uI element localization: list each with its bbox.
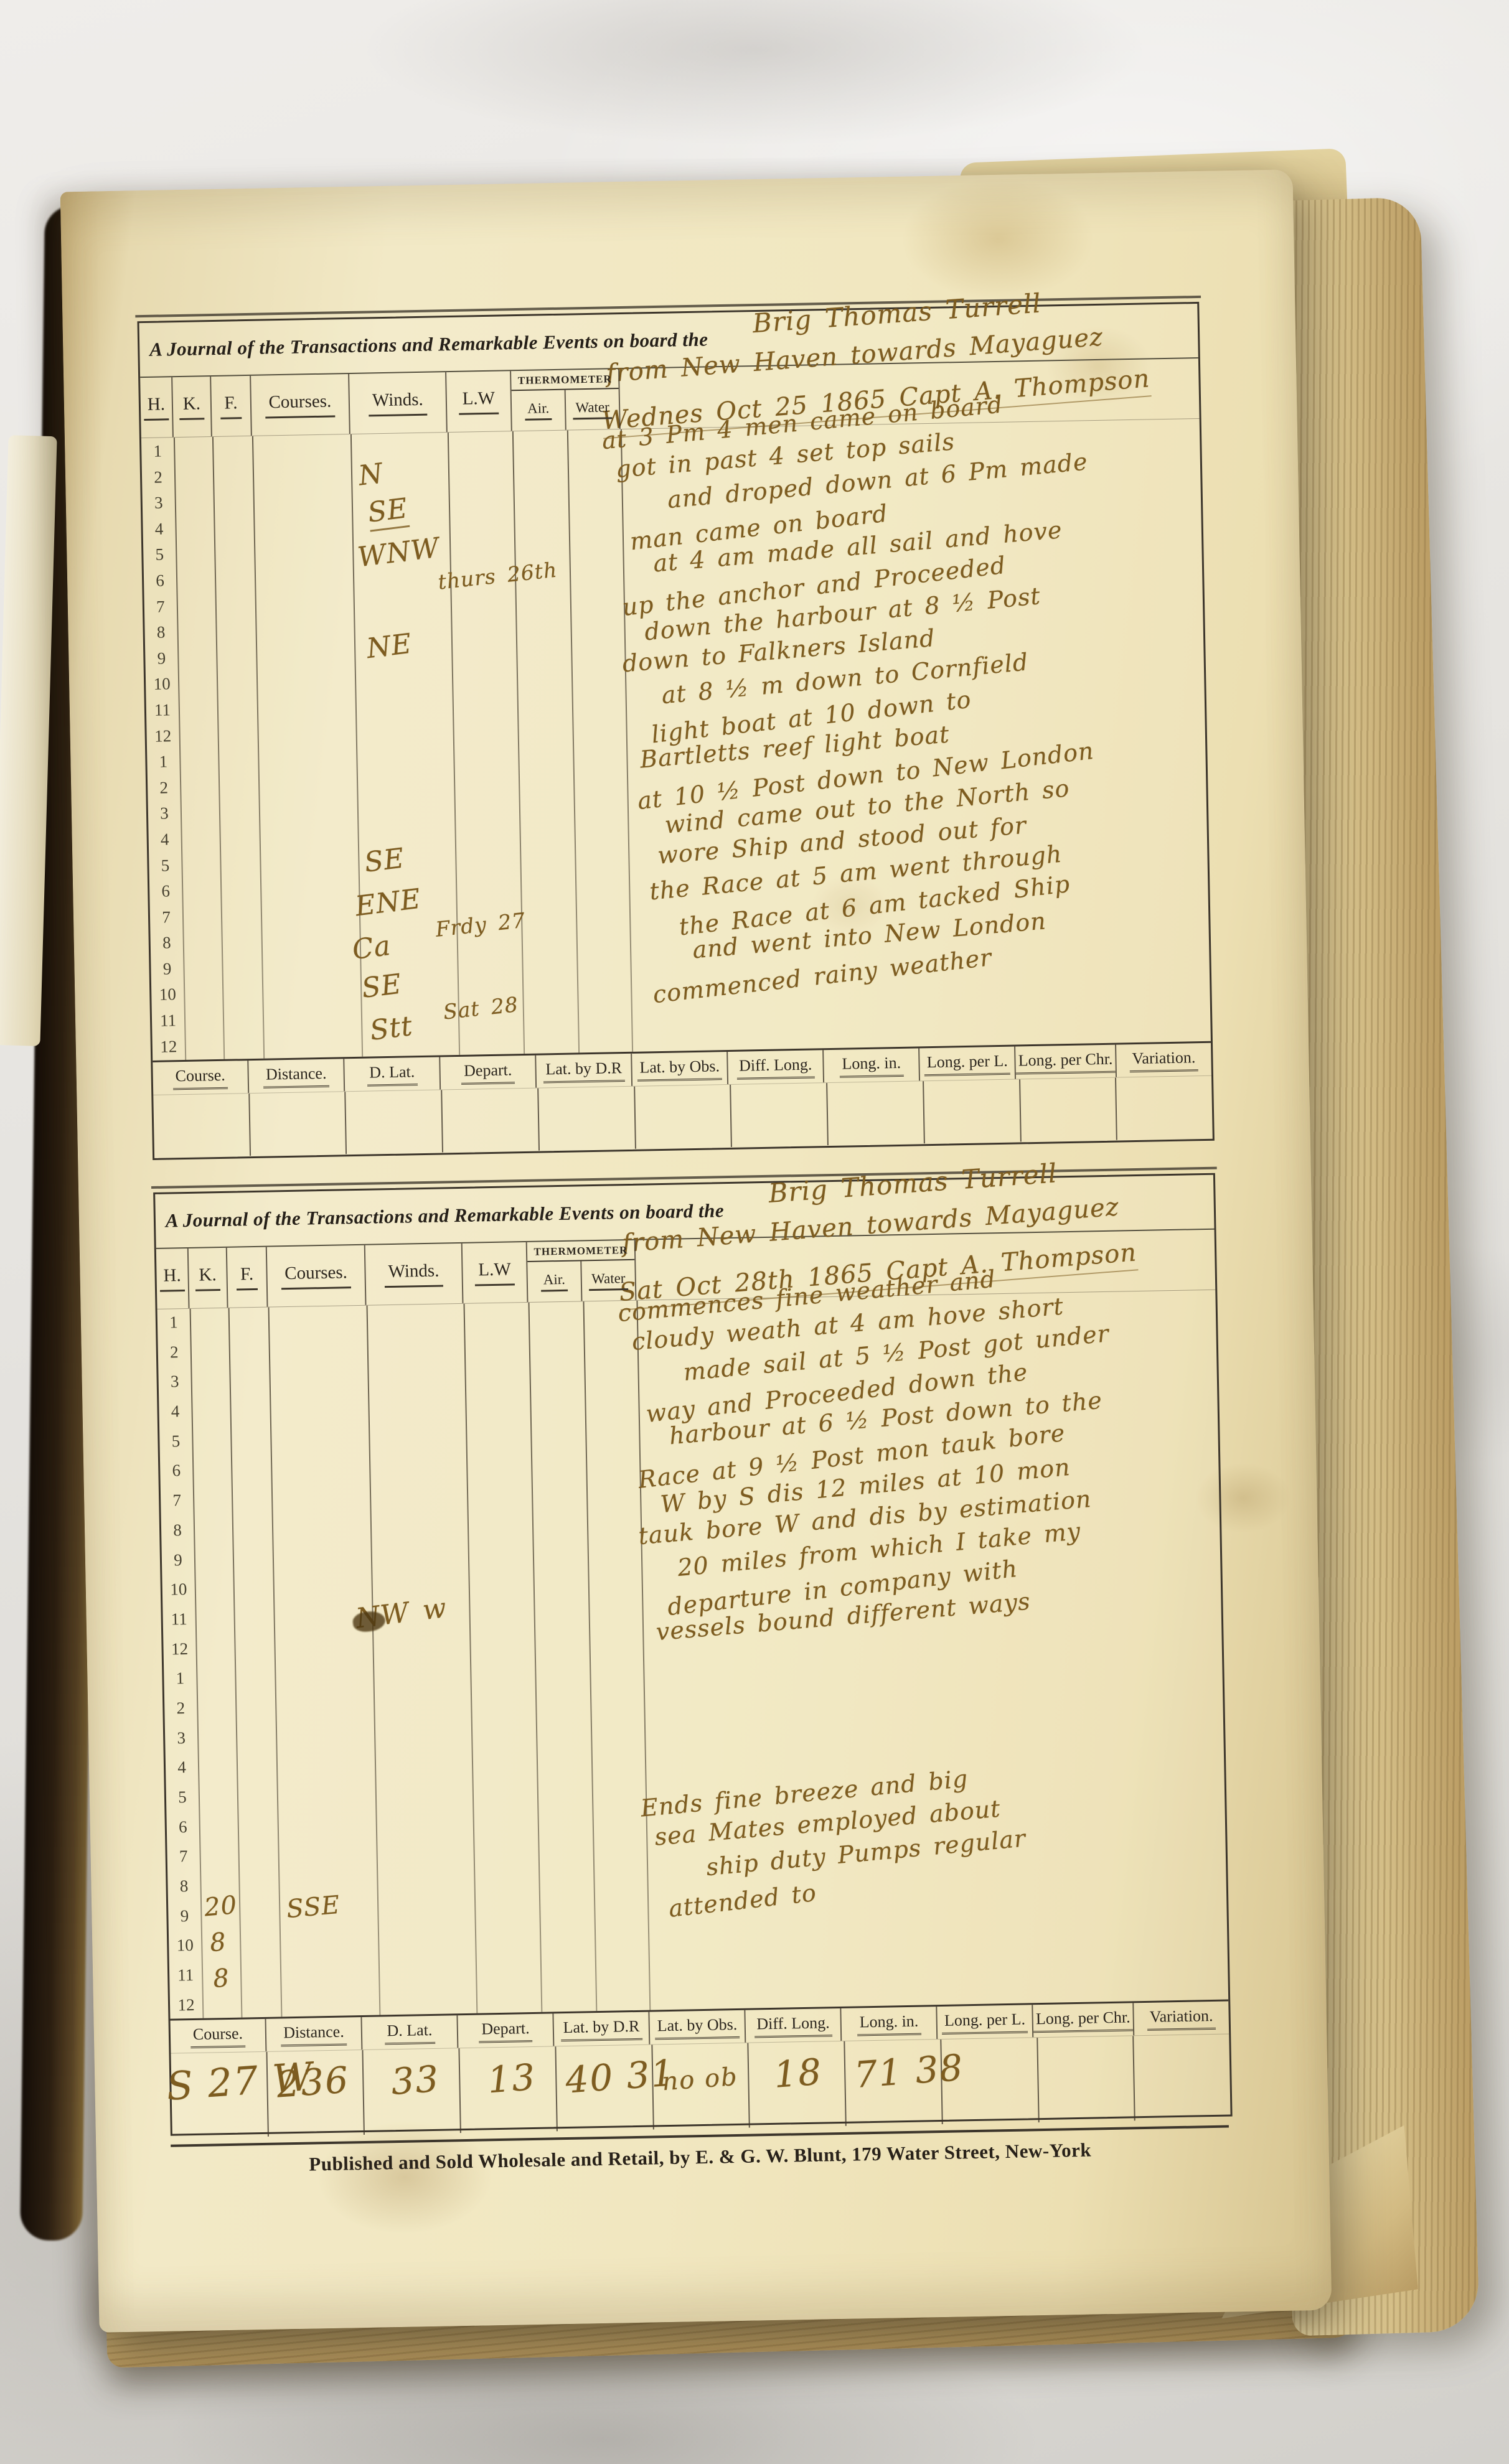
column-header-leeway: L.W [463, 1242, 529, 1303]
journal-2-remarks: commences fine weather andcloudy weath a… [616, 1240, 1275, 1652]
column-header-knots: K. [189, 1248, 228, 1308]
summary-column-header: Lat. by Obs. [650, 2010, 746, 2045]
summary-column-header: Course. [171, 2019, 267, 2053]
summary-column-header: Long. per Chr. [1015, 1045, 1117, 1079]
wind-entry: Stt [368, 1010, 414, 1047]
hour-label: 5 [143, 546, 176, 564]
summary-dlat-cell: 33 [364, 2048, 461, 2135]
summary-difflong-value: 18 [773, 2051, 824, 2096]
column-header-thermometer: THERMOMETER Air. Water [527, 1240, 637, 1302]
summary-column-header: Long. per L. [938, 2005, 1034, 2039]
hour-label: 2 [158, 1344, 190, 1361]
column-header-air: Air. [527, 1261, 582, 1302]
hour-label: 4 [143, 520, 175, 538]
hour-label: 3 [143, 494, 175, 512]
column-header-leeway: L.W [446, 371, 512, 432]
hour-label: 11 [169, 1967, 202, 1984]
journal-2-hour-grid: 123456789101112123456789101112 NW w 20 8… [157, 1290, 1229, 2019]
column-header-winds: Winds. [349, 372, 448, 434]
course-entry: SSE [285, 1891, 341, 1924]
summary-dlat-value: 33 [390, 2058, 441, 2103]
margin-date-note: Sat 28 [442, 992, 519, 1024]
hour-label: 9 [168, 1908, 200, 1925]
hour-label: 8 [167, 1878, 200, 1895]
summary-column-header: D. Lat. [344, 1057, 441, 1091]
hour-label: 12 [163, 1640, 195, 1657]
hour-label: 5 [159, 1433, 192, 1450]
hour-labels: 123456789101112123456789101112 [157, 1309, 203, 2019]
hour-label: 8 [144, 624, 177, 641]
hour-label: 10 [169, 1937, 201, 1954]
summary-distance-cell: 236 [267, 2050, 365, 2137]
hour-label: 5 [149, 857, 181, 874]
column-header-fathoms: F. [227, 1247, 268, 1308]
hour-label: 2 [148, 779, 180, 797]
hour-label: 10 [151, 986, 184, 1003]
hour-label: 9 [162, 1551, 194, 1568]
journal-2-printed-title: A Journal of the Transactions and Remark… [166, 1199, 725, 1232]
summary-column-header: Variation. [1134, 2002, 1229, 2036]
summary-longperl-cell [941, 2038, 1039, 2124]
hour-label: 7 [150, 909, 182, 926]
summary-column-header: Lat. by D.R [554, 2012, 651, 2046]
hour-label: 11 [152, 1012, 184, 1029]
hour-label: 9 [151, 960, 183, 978]
column-header-knots: K. [172, 377, 212, 437]
column-header-air: Air. [512, 390, 566, 431]
wind-entry: NW w [354, 1592, 449, 1635]
hour-label: 5 [166, 1789, 199, 1806]
hour-label: 10 [162, 1581, 195, 1598]
summary-column-header: Variation. [1116, 1043, 1211, 1077]
summary-distance-value: 236 [275, 2058, 350, 2106]
hour-label: 12 [170, 1997, 202, 2014]
summary-column-header: Depart. [458, 2013, 555, 2048]
wind-entry: ENE [354, 883, 423, 923]
knots-entry: 8 [212, 1964, 230, 1993]
knots-entry: 20 [203, 1891, 238, 1922]
hour-label: 4 [166, 1759, 198, 1776]
summary-column-header: Diff. Long. [746, 2008, 842, 2043]
hour-label: 1 [157, 1314, 190, 1331]
summary-column-header: Diff. Long. [728, 1050, 824, 1084]
hour-label: 2 [142, 469, 174, 486]
summary-variation-cell [1134, 2035, 1231, 2121]
summary-column-header: Long. in. [824, 1048, 920, 1082]
column-header-hours: H. [140, 377, 174, 438]
summary-depart-value: 13 [486, 2056, 537, 2101]
hour-label: 4 [159, 1403, 191, 1420]
hour-labels: 123456789101112123456789101112 [141, 438, 185, 1061]
hour-label: 6 [149, 883, 182, 900]
wind-entry: N [357, 457, 385, 492]
hour-label: 8 [151, 934, 183, 952]
column-header-courses: Courses. [251, 374, 350, 436]
summary-column-header: Lat. by Obs. [632, 1052, 728, 1086]
column-header-fathoms: F. [211, 376, 252, 436]
journal-2-remarks-end: Ends fine breeze and bigsea Mates employ… [639, 1738, 1240, 1921]
column-header-winds: Winds. [365, 1244, 464, 1305]
hour-label: 10 [146, 675, 178, 693]
hour-label: 7 [167, 1848, 199, 1865]
summary-longperchr-cell [1038, 2036, 1135, 2122]
summary-column-header: Long. in. [842, 2007, 938, 2041]
journal-1-remarks: at 3 Pm 4 men came on boardgot in past 4… [601, 367, 1280, 1005]
wind-entry: NE [365, 628, 413, 665]
hour-label: 6 [160, 1462, 192, 1479]
journal-table-1: A Journal of the Transactions and Remark… [137, 302, 1214, 1160]
summary-column-header: D. Lat. [362, 2015, 459, 2049]
hour-label: 11 [162, 1611, 195, 1628]
hour-label: 6 [144, 572, 176, 589]
hour-label: 9 [145, 650, 177, 667]
journal-table-2: A Journal of the Transactions and Remark… [153, 1173, 1232, 2136]
logbook-page: A Journal of the Transactions and Remark… [60, 169, 1332, 2333]
summary-column-header: Long. per Chr. [1033, 2003, 1135, 2037]
summary-course-cell: S 27 W [171, 2052, 268, 2138]
summary-column-header: Lat. by D.R [536, 1054, 632, 1088]
column-header-water: Water [581, 1260, 635, 1301]
hour-label: 6 [167, 1818, 199, 1835]
wind-entry: SE [363, 842, 407, 879]
summary-difflong-cell: 18 [749, 2041, 847, 2128]
hour-label: 2 [164, 1700, 197, 1717]
knots-entry: 8 [209, 1928, 227, 1957]
hour-label: 12 [153, 1038, 185, 1056]
hour-label: 4 [148, 831, 181, 848]
hour-label: 3 [148, 805, 181, 822]
summary-latobs-value: no ob [661, 2063, 739, 2097]
summary-depart-cell: 13 [460, 2046, 558, 2133]
journal-1-hour-grid: 123456789101112123456789101112 N SE WNW … [141, 419, 1211, 1061]
wind-entry: SE [366, 492, 410, 532]
margin-date-note: thurs 26th [437, 558, 559, 594]
page-content: A Journal of the Transactions and Remark… [137, 302, 1229, 2178]
summary-column-header: Depart. [440, 1056, 537, 1090]
hour-label: 7 [161, 1492, 193, 1509]
logbook-photo-scene: A Journal of the Transactions and Remark… [0, 0, 1509, 2464]
summary-latobs-cell: no ob [652, 2043, 750, 2130]
summary-column-header: Distance. [248, 1059, 345, 1093]
column-header-hours: H. [156, 1248, 190, 1309]
hour-label: 1 [141, 443, 174, 460]
hour-label: 12 [146, 728, 179, 745]
summary-column-header: Distance. [266, 2017, 363, 2051]
hour-label: 1 [147, 753, 179, 771]
wind-entry: SE [360, 968, 403, 1005]
summary-column-header: Course. [153, 1061, 249, 1095]
column-header-courses: Courses. [267, 1245, 367, 1307]
journal-1-printed-title: A Journal of the Transactions and Remark… [149, 328, 708, 360]
hour-label: 3 [165, 1729, 197, 1746]
wind-entry: WNW [356, 532, 441, 574]
hour-label: 8 [161, 1522, 194, 1539]
margin-date-note: Frdy 27 [435, 908, 527, 942]
summary-column-header: Long. per L. [919, 1047, 1016, 1081]
summary-latdr-cell: 40 31 [556, 2045, 654, 2131]
wind-entry: Ca [350, 930, 393, 966]
column-header-thermometer: THERMOMETER Air. Water [511, 369, 621, 431]
hour-label: 1 [164, 1670, 196, 1687]
hour-label: 7 [144, 598, 177, 616]
summary-longin-cell: 71 38 [845, 2040, 943, 2126]
hour-label: 3 [158, 1373, 190, 1390]
hour-label: 11 [146, 701, 179, 719]
